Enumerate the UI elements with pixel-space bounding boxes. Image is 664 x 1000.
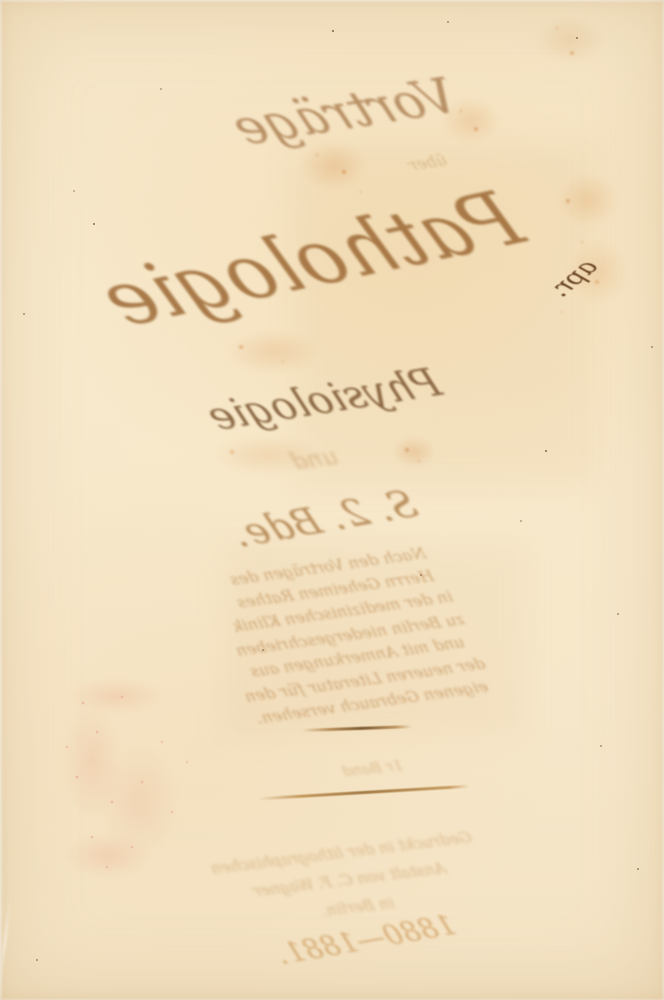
red-stamp-showthrough <box>46 670 201 888</box>
showthrough-haze-upper <box>295 145 595 485</box>
book-page-scan: Vorträge über Pathologie apr. Physiologi… <box>0 0 664 1000</box>
showthrough-haze-lower <box>225 545 525 735</box>
